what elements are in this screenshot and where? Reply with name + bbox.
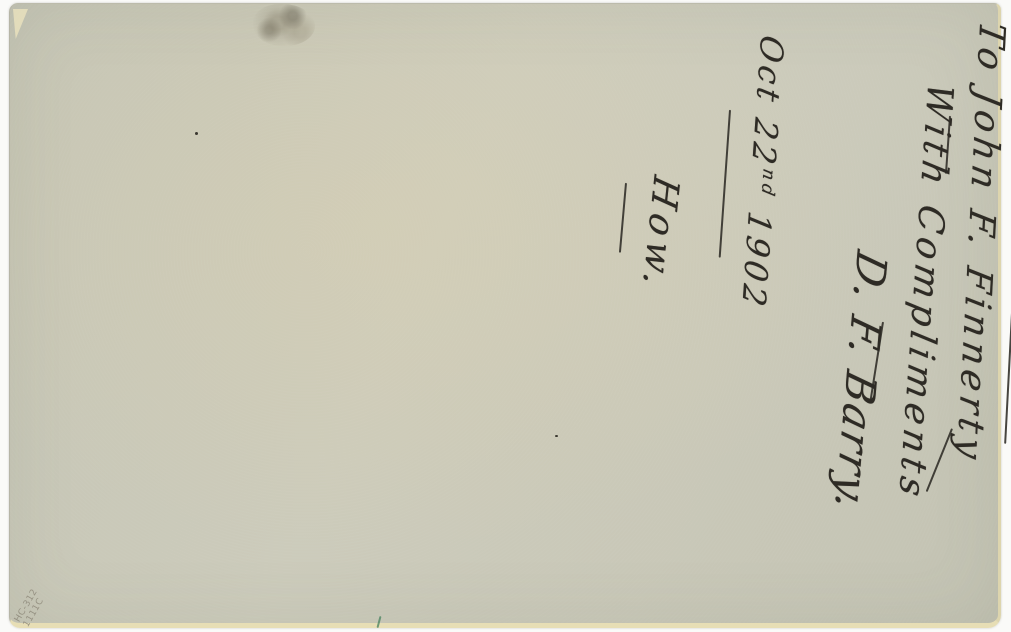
inscription-date: Oct 22nd 1902 [734,32,791,313]
date-day: Oct 22 [744,32,791,172]
underline-stroke-greeting [619,183,627,253]
corner-nick [13,9,28,39]
date-year: 1902 [734,194,779,313]
stain-mark [253,4,315,46]
scanned-card-verso: To John F. Finnerty With Compliments D. … [9,3,1001,628]
green-pencil-mark [376,616,381,628]
flourish-stroke-finnerty [1004,294,1011,444]
pencil-catalog-note: HC-312 1111C [13,587,49,629]
ink-speck [555,435,558,437]
inscription-greeting: How. [634,172,686,296]
inscription-signature: D. F. Barry. [825,246,896,518]
date-ordinal-superscript: nd [757,167,779,202]
inscription-recipient-line: To John F. Finnerty [948,18,1011,467]
ink-speck [195,132,198,135]
underline-stroke-date [719,110,731,258]
